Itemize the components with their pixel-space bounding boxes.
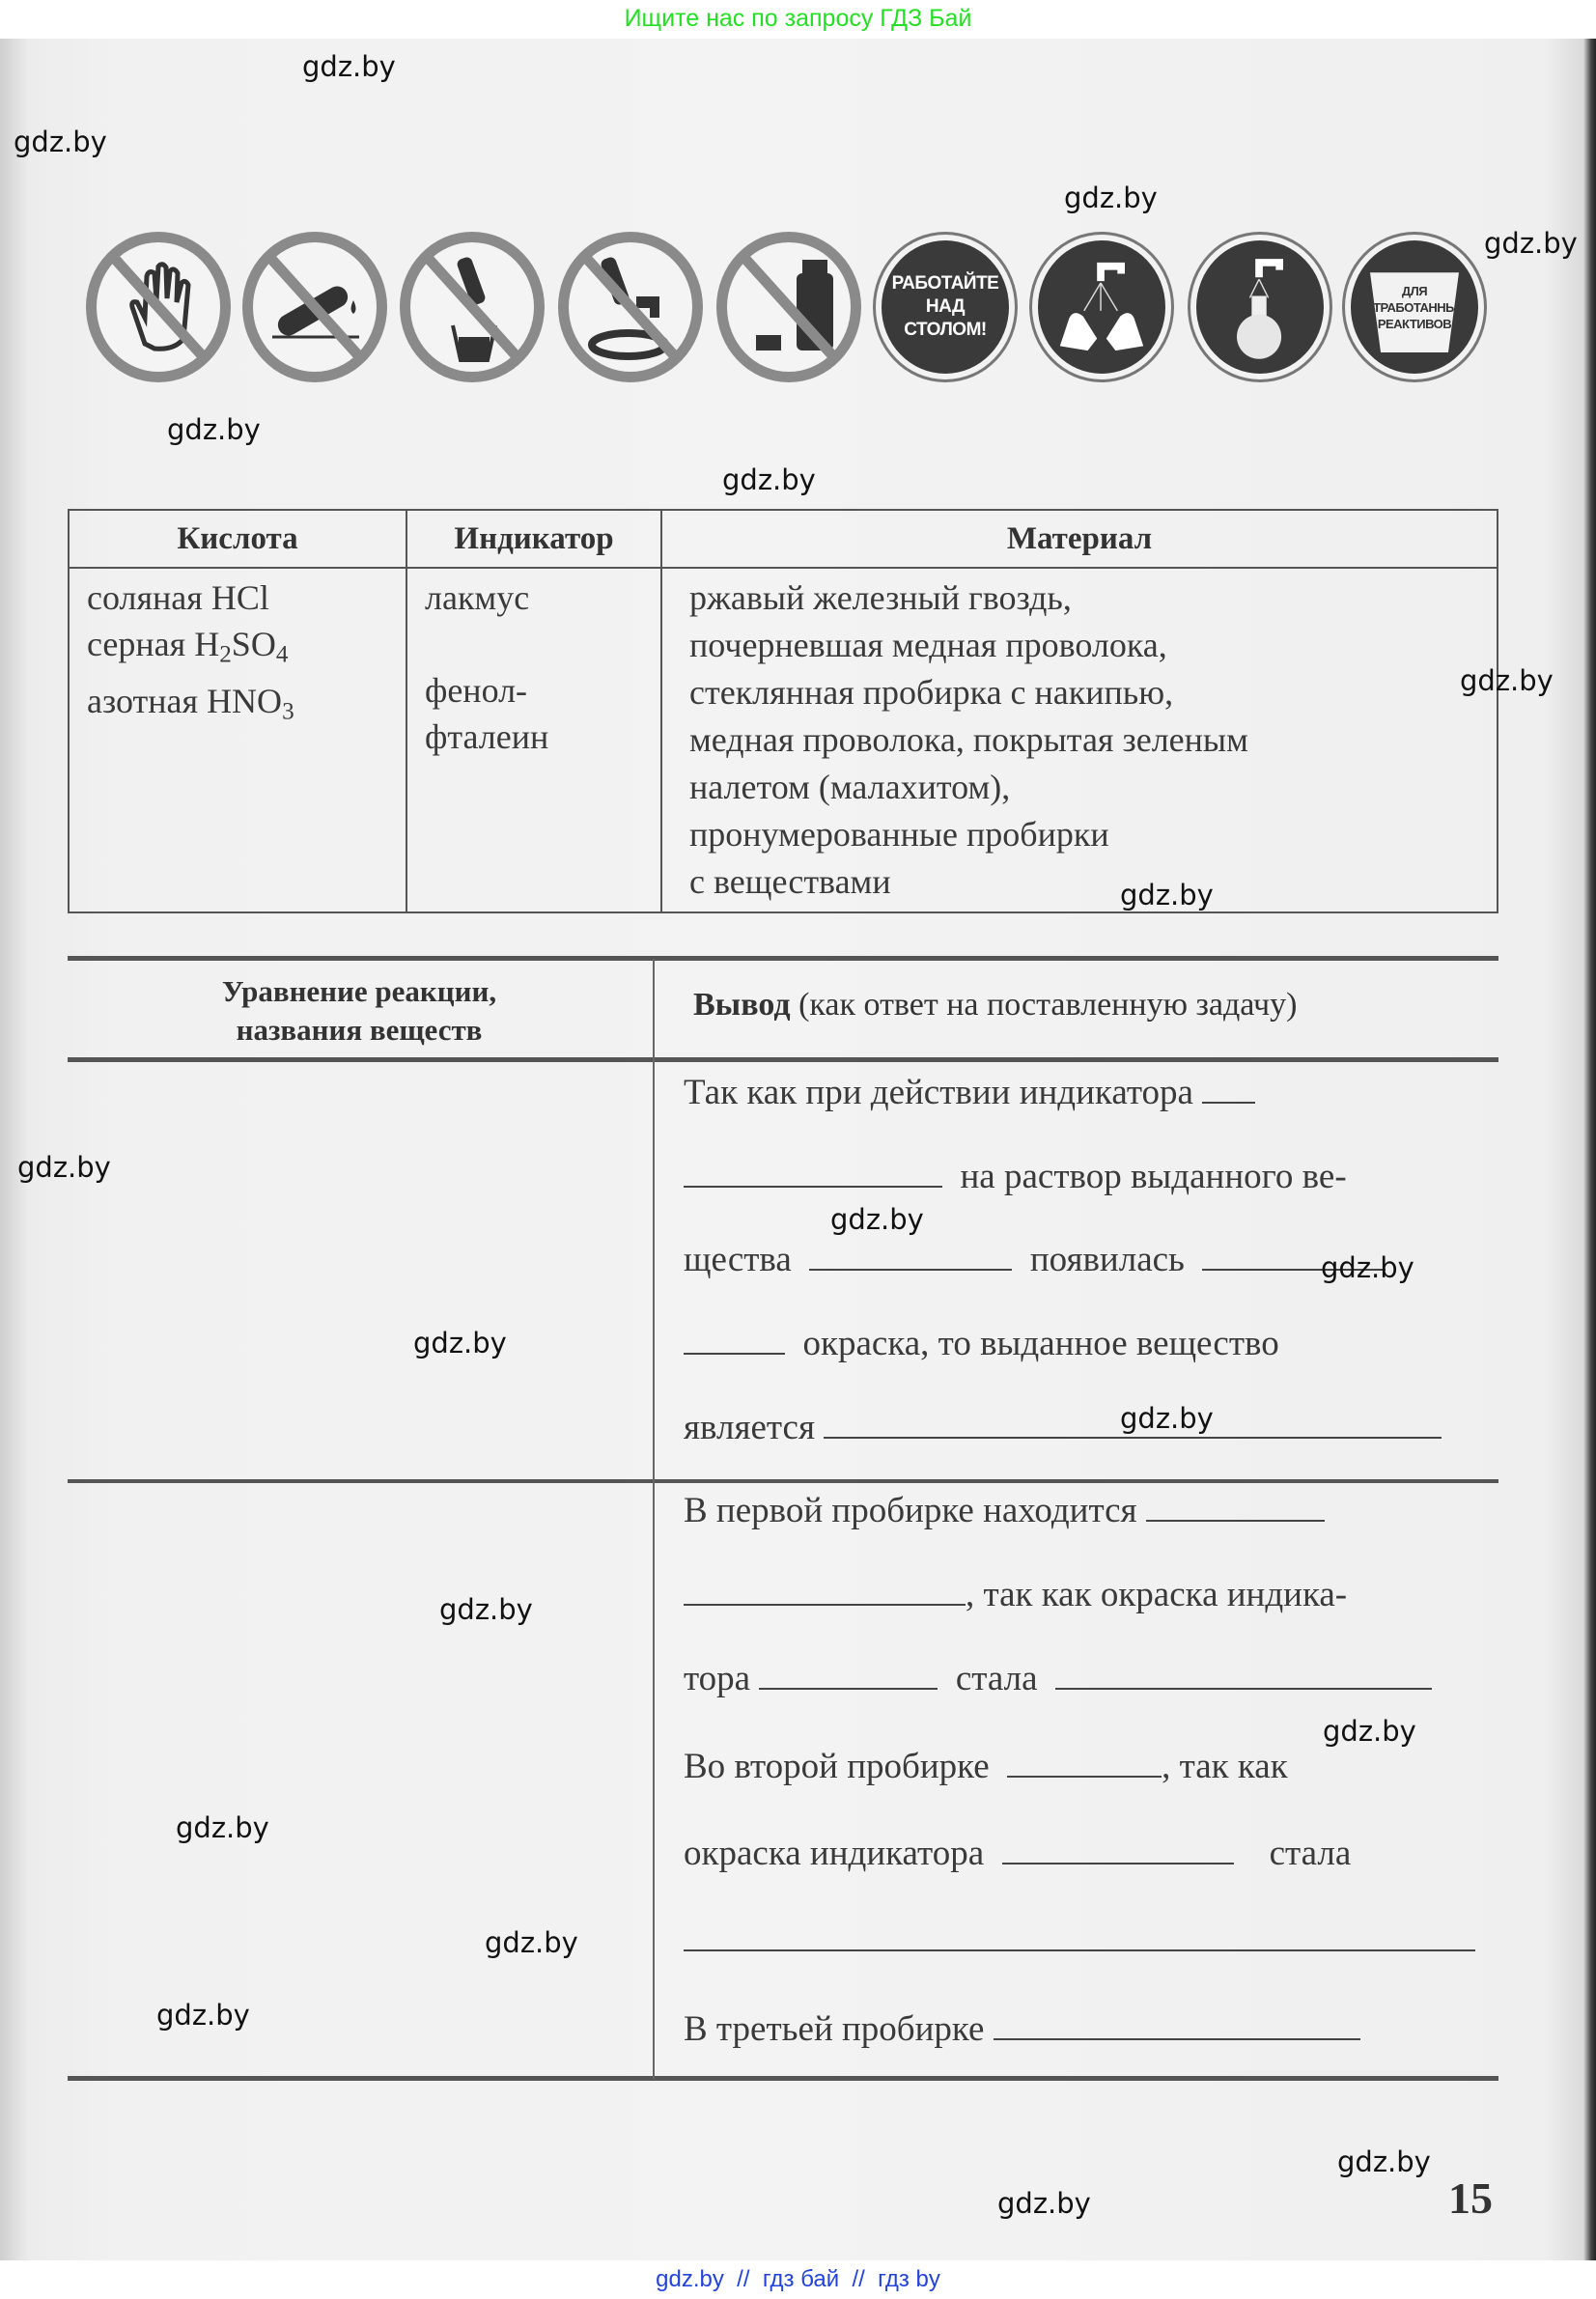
header-equation: Уравнение реакции, названия веществ xyxy=(68,972,651,1050)
sign-text-line: СТОЛОМ! xyxy=(892,319,999,342)
materials-cell: ржавый железный гвоздь, почерневшая медн… xyxy=(661,568,1498,912)
watermark: gdz.by xyxy=(1337,2145,1431,2178)
answer-blank[interactable] xyxy=(824,1436,1442,1439)
no-spill-test-tube-icon xyxy=(242,232,387,382)
bottom-banner: gdz.by // гдз бай // гдз by xyxy=(0,2260,1596,2299)
no-pour-into-sink-icon xyxy=(558,232,703,382)
watermark: gdz.by xyxy=(1484,227,1578,260)
indicator-phenolphthalein-2: фталеин xyxy=(425,714,643,760)
indicator-litmus: лакмус xyxy=(425,575,643,621)
wash-hands-tap-icon xyxy=(1029,232,1174,382)
watermark: gdz.by xyxy=(413,1327,507,1360)
watermark: gdz.by xyxy=(997,2187,1091,2220)
acid-hno3: азотная HNO3 xyxy=(87,678,388,735)
material-item: пронумерованные пробирки xyxy=(689,811,1479,858)
page-number: 15 xyxy=(1448,2173,1493,2224)
table-rule xyxy=(68,956,1498,961)
material-item: с веществами xyxy=(689,858,1479,906)
indicator-phenolphthalein-1: фенол- xyxy=(425,667,643,714)
safety-signs-row: РАБОТАЙТЕ НАД СТОЛОМ! ДЛЯ ОТРАБОТАННЫХ Р… xyxy=(0,232,1596,386)
header-conclusion: Вывод (как ответ на поставленную задачу) xyxy=(693,987,1297,1023)
watermark: gdz.by xyxy=(176,1811,269,1844)
top-banner: Ищите нас по запросу ГДЗ Бай xyxy=(0,0,1596,39)
sign-text-line: РАБОТАЙТЕ xyxy=(892,272,999,295)
watermark: gdz.by xyxy=(1064,182,1158,214)
work-over-table-sign-icon: РАБОТАЙТЕ НАД СТОЛОМ! xyxy=(873,232,1018,382)
watermark: gdz.by xyxy=(14,126,107,158)
table-rule xyxy=(68,2076,1498,2081)
sign-text-line: ОТРАБОТАННЫХ xyxy=(1363,299,1465,316)
watermark: gdz.by xyxy=(302,50,396,83)
acids-cell: соляная HCl серная H2SO4 азотная HNO3 xyxy=(69,568,406,912)
watermark: gdz.by xyxy=(722,463,816,496)
wash-flask-tap-icon xyxy=(1188,232,1332,382)
no-bottle-reagent-icon xyxy=(716,232,861,382)
header-indicator: Индикатор xyxy=(406,510,661,568)
no-pour-into-cup-icon xyxy=(400,232,545,382)
answer-blank[interactable] xyxy=(684,1603,966,1606)
answer-blank[interactable] xyxy=(684,1949,1475,1951)
watermark: gdz.by xyxy=(1120,879,1214,911)
watermark: gdz.by xyxy=(439,1593,533,1626)
material-item: ржавый железный гвоздь, xyxy=(689,575,1479,622)
material-item: стеклянная пробирка с накипью, xyxy=(689,669,1479,716)
answer-blank[interactable] xyxy=(809,1268,1012,1271)
sign-text-line: НАД xyxy=(892,295,999,319)
answer-blank[interactable] xyxy=(1146,1519,1325,1522)
no-touch-hand-icon xyxy=(86,232,231,382)
watermark: gdz.by xyxy=(1323,1715,1416,1748)
bottom-banner-text[interactable]: gdz.by // гдз бай // гдз by xyxy=(656,2266,940,2292)
watermark: gdz.by xyxy=(156,1999,250,2032)
material-item: медная проволока, покрытая зеленым xyxy=(689,716,1479,764)
acid-h2so4: серная H2SO4 xyxy=(87,621,388,678)
watermark: gdz.by xyxy=(17,1151,111,1184)
watermark: gdz.by xyxy=(167,413,261,446)
answer-blank[interactable] xyxy=(1007,1775,1162,1778)
answer-blank[interactable] xyxy=(1202,1101,1255,1104)
answer-blank[interactable] xyxy=(994,2037,1360,2040)
materials-table: Кислота Индикатор Материал соляная HCl с… xyxy=(68,509,1498,913)
watermark: gdz.by xyxy=(1120,1402,1214,1435)
answer-blank[interactable] xyxy=(1055,1687,1432,1690)
indicators-cell: лакмус фенол- фталеин xyxy=(406,568,661,912)
answer-blank[interactable] xyxy=(1002,1862,1234,1864)
sign-text-line: РЕАКТИВОВ xyxy=(1363,316,1465,332)
waste-reagents-container-icon: ДЛЯ ОТРАБОТАННЫХ РЕАКТИВОВ xyxy=(1342,232,1487,382)
sign-text-line: ДЛЯ xyxy=(1363,283,1465,299)
answer-blank[interactable] xyxy=(684,1185,942,1188)
header-material: Материал xyxy=(661,510,1498,568)
acid-hcl: соляная HCl xyxy=(87,575,388,621)
watermark: gdz.by xyxy=(830,1203,924,1236)
column-divider xyxy=(653,959,655,2079)
watermark: gdz.by xyxy=(1460,664,1554,697)
top-banner-text[interactable]: Ищите нас по запросу ГДЗ Бай xyxy=(625,5,972,32)
material-item: почерневшая медная проволока, xyxy=(689,622,1479,669)
equation-answer-area[interactable] xyxy=(70,1062,649,2074)
answer-blank[interactable] xyxy=(684,1352,785,1355)
material-item: налетом (малахитом), xyxy=(689,764,1479,811)
watermark: gdz.by xyxy=(1321,1251,1414,1284)
answer-blank[interactable] xyxy=(759,1687,938,1690)
watermark: gdz.by xyxy=(485,1926,578,1959)
header-acid: Кислота xyxy=(69,510,406,568)
